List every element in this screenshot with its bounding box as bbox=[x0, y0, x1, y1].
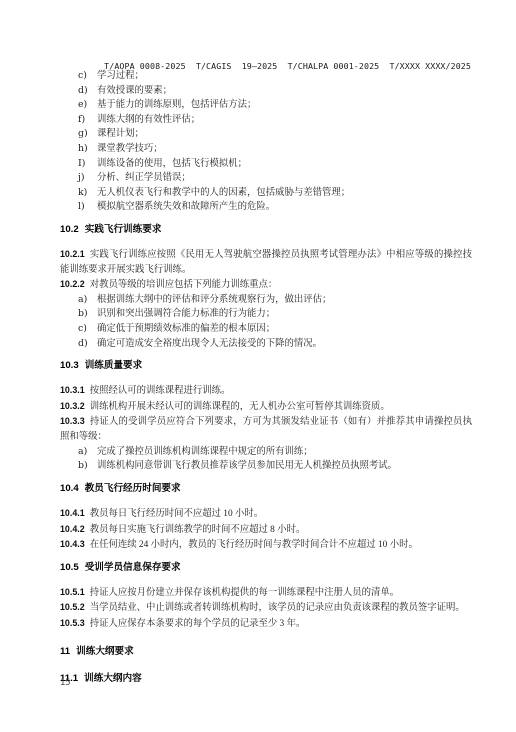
clause-text: 教员每日实施飞行训练教学的时间不应超过 8 小时。 bbox=[90, 525, 306, 535]
list-item-text: 训练设备的使用，包括飞行模拟机； bbox=[97, 159, 247, 169]
list-item: a)根据训练大纲中的评估和评分系统观察行为，做出评估； bbox=[60, 293, 472, 308]
clause-number: 10.3.2 bbox=[60, 401, 85, 411]
clause-number: 10.2.1 bbox=[60, 249, 85, 259]
section-title: 训练大纲要求 bbox=[76, 646, 134, 657]
section-title: 教员飞行经历时间要求 bbox=[85, 483, 181, 494]
list-item-label: e) bbox=[78, 98, 87, 113]
clause-text: 持证人的受训学员应符合下列要求，方可为其颁发结业证书（如有）并推荐其申请操控员执… bbox=[60, 417, 472, 442]
list-item: a)完成了操控员训练机构训练课程中规定的所有训练； bbox=[60, 445, 472, 460]
clause-number: 10.5.3 bbox=[60, 618, 85, 628]
section-number: 10.3 bbox=[60, 360, 79, 371]
clause-10-4-1: 10.4.1教员每日飞行经历时间不应超过 10 小时。 bbox=[60, 506, 472, 522]
list-item-text: 基于能力的训练原则，包括评估方法； bbox=[97, 100, 256, 110]
list-item-label: a) bbox=[78, 445, 87, 460]
section-title: 实践飞行训练要求 bbox=[85, 224, 162, 235]
graduation-requirements-list: a)完成了操控员训练机构训练课程中规定的所有训练； b)训练机构同意带训飞行教员… bbox=[60, 445, 472, 474]
list-item-text: 确定可造成安全裕度出现令人无法接受的下降的情况。 bbox=[97, 339, 322, 349]
list-item-label: d) bbox=[78, 337, 88, 352]
clause-10-5-3: 10.5.3持证人应保存本条要求的每个学员的记录至少 3 年。 bbox=[60, 616, 472, 632]
section-heading-10-5: 10.5受训学员信息保存要求 bbox=[60, 561, 472, 576]
list-item: c)确定低于预期绩效标准的偏差的根本原因； bbox=[60, 322, 472, 337]
list-item-text: 识别和突出强调符合能力标准的行为能力； bbox=[97, 309, 275, 319]
list-item: b)识别和突出强调符合能力标准的行为能力； bbox=[60, 307, 472, 322]
list-item: b)训练机构同意带训飞行教员推荐该学员参加民用无人机操控员执照考试。 bbox=[60, 459, 472, 474]
clause-10-5-1: 10.5.1持证人应按月份建立并保存该机构提供的每一训练课程中注册人员的清单。 bbox=[60, 585, 472, 601]
list-item-label: b) bbox=[78, 459, 88, 474]
clause-number: 10.3.3 bbox=[60, 416, 85, 426]
list-item: I)训练设备的使用，包括飞行模拟机； bbox=[60, 157, 472, 172]
clause-10-3-3: 10.3.3持证人的受训学员应符合下列要求，方可为其颁发结业证书（如有）并推荐其… bbox=[60, 414, 472, 444]
list-item-label: c) bbox=[78, 322, 87, 337]
list-item-text: 学习过程； bbox=[97, 71, 144, 81]
list-item-text: 课程计划； bbox=[97, 129, 144, 139]
list-item: d)有效授课的要素； bbox=[60, 84, 472, 99]
clause-text: 教员每日飞行经历时间不应超过 10 小时。 bbox=[90, 509, 263, 519]
list-item: e)基于能力的训练原则，包括评估方法； bbox=[60, 98, 472, 113]
list-item-label: c) bbox=[78, 69, 87, 84]
section-title: 受训学员信息保存要求 bbox=[85, 562, 181, 573]
clause-number: 10.5.1 bbox=[60, 587, 85, 597]
list-item-label: k) bbox=[78, 186, 87, 201]
list-item: g)课程计划； bbox=[60, 127, 472, 142]
list-item: h)课堂教学技巧； bbox=[60, 142, 472, 157]
list-item-text: 课堂教学技巧； bbox=[97, 144, 163, 154]
clause-10-2-1: 10.2.1实践飞行训练应按照《民用无人驾驶航空器操控员执照考试管理办法》中相应… bbox=[60, 247, 472, 277]
list-item-text: 根据训练大纲中的评估和评分系统观察行为，做出评估； bbox=[97, 295, 331, 305]
list-item-label: f) bbox=[78, 113, 85, 128]
clause-text: 按照经认可的训练课程进行训练。 bbox=[90, 386, 231, 396]
clause-text: 持证人应保存本条要求的每个学员的记录至少 3 年。 bbox=[90, 619, 306, 629]
clause-text: 在任何连续 24 小时内，教员的飞行经历时间与教学时间合计不应超过 10 小时。 bbox=[90, 540, 418, 550]
list-item-text: 训练大纲的有效性评估； bbox=[97, 115, 200, 125]
section-title: 训练质量要求 bbox=[85, 360, 143, 371]
section-heading-10-2: 10.2实践飞行训练要求 bbox=[60, 223, 472, 238]
clause-text: 持证人应按月份建立并保存该机构提供的每一训练课程中注册人员的清单。 bbox=[90, 588, 399, 598]
clause-text: 训练机构开展未经认可的训练课程的，无人机办公室可暂停其训练资质。 bbox=[90, 402, 390, 412]
list-item: l)模拟航空器系统失效和故障所产生的危险。 bbox=[60, 200, 472, 215]
list-item: f)训练大纲的有效性评估； bbox=[60, 113, 472, 128]
clause-10-3-1: 10.3.1按照经认可的训练课程进行训练。 bbox=[60, 383, 472, 399]
section-title: 训练大纲内容 bbox=[84, 673, 142, 684]
page-body: c)学习过程； d)有效授课的要素； e)基于能力的训练原则，包括评估方法； f… bbox=[60, 69, 472, 700]
section-heading-11-1: 11.1训练大纲内容 bbox=[60, 672, 472, 687]
list-item-label: l) bbox=[78, 200, 85, 215]
section-number: 10.2 bbox=[60, 224, 79, 235]
list-item-text: 分析、纠正学员错误； bbox=[97, 173, 191, 183]
list-item: c)学习过程； bbox=[60, 69, 472, 84]
clause-number: 10.4.1 bbox=[60, 508, 85, 518]
document-page: T/AOPA 0008-2025 T/CAGIS 19—2025 T/CHALP… bbox=[0, 0, 516, 732]
list-item-label: g) bbox=[78, 127, 88, 142]
list-item-text: 无人机仪表飞行和教学中的人的因素，包括威胁与差错管理； bbox=[97, 188, 350, 198]
section-number: 10.5 bbox=[60, 562, 79, 573]
list-item-text: 有效授课的要素； bbox=[97, 86, 172, 96]
section-number: 11 bbox=[60, 646, 70, 657]
list-item-text: 确定低于预期绩效标准的偏差的根本原因； bbox=[97, 324, 275, 334]
clause-number: 10.5.2 bbox=[60, 602, 85, 612]
list-item: j)分析、纠正学员错误； bbox=[60, 171, 472, 186]
list-item-text: 模拟航空器系统失效和故障所产生的危险。 bbox=[97, 202, 275, 212]
section-heading-10-3: 10.3训练质量要求 bbox=[60, 359, 472, 374]
clause-10-4-2: 10.4.2教员每日实施飞行训练教学的时间不应超过 8 小时。 bbox=[60, 522, 472, 538]
chapter-heading-11: 11训练大纲要求 bbox=[60, 645, 472, 660]
list-item-label: j) bbox=[78, 171, 85, 186]
clause-10-4-3: 10.4.3在任何连续 24 小时内，教员的飞行经历时间与教学时间合计不应超过 … bbox=[60, 537, 472, 553]
clause-10-2-2: 10.2.2对教员等级的培训应包括下列能力训练重点： bbox=[60, 277, 472, 293]
list-item-label: d) bbox=[78, 84, 88, 99]
list-item-label: a) bbox=[78, 293, 87, 308]
list-item-label: b) bbox=[78, 307, 88, 322]
list-item-label: I) bbox=[78, 157, 85, 172]
list-item: k)无人机仪表飞行和教学中的人的因素，包括威胁与差错管理； bbox=[60, 186, 472, 201]
section-number: 10.4 bbox=[60, 483, 79, 494]
list-item-text: 训练机构同意带训飞行教员推荐该学员参加民用无人机操控员执照考试。 bbox=[97, 461, 397, 471]
clause-10-3-2: 10.3.2训练机构开展未经认可的训练课程的，无人机办公室可暂停其训练资质。 bbox=[60, 399, 472, 415]
clause-text: 当学员结业、中止训练或者转训练机构时，该学员的记录应由负责该课程的教员签字证明。 bbox=[90, 603, 465, 613]
clause-text: 实践飞行训练应按照《民用无人驾驶航空器操控员执照考试管理办法》中相应等级的操控技… bbox=[60, 250, 472, 275]
list-item-text: 完成了操控员训练机构训练课程中规定的所有训练； bbox=[97, 447, 313, 457]
list-item: d)确定可造成安全裕度出现令人无法接受的下降的情况。 bbox=[60, 337, 472, 352]
clause-10-5-2: 10.5.2当学员结业、中止训练或者转训练机构时，该学员的记录应由负责该课程的教… bbox=[60, 600, 472, 616]
competency-list: a)根据训练大纲中的评估和评分系统观察行为，做出评估； b)识别和突出强调符合能… bbox=[60, 293, 472, 351]
clause-number: 10.4.3 bbox=[60, 539, 85, 549]
section-heading-10-4: 10.4教员飞行经历时间要求 bbox=[60, 482, 472, 497]
clause-text: 对教员等级的培训应包括下列能力训练重点： bbox=[90, 280, 278, 290]
intro-list: c)学习过程； d)有效授课的要素； e)基于能力的训练原则，包括评估方法； f… bbox=[60, 69, 472, 215]
page-number: 15 bbox=[60, 678, 71, 688]
list-item-label: h) bbox=[78, 142, 88, 157]
clause-number: 10.2.2 bbox=[60, 279, 85, 289]
clause-number: 10.3.1 bbox=[60, 385, 85, 395]
clause-number: 10.4.2 bbox=[60, 524, 85, 534]
